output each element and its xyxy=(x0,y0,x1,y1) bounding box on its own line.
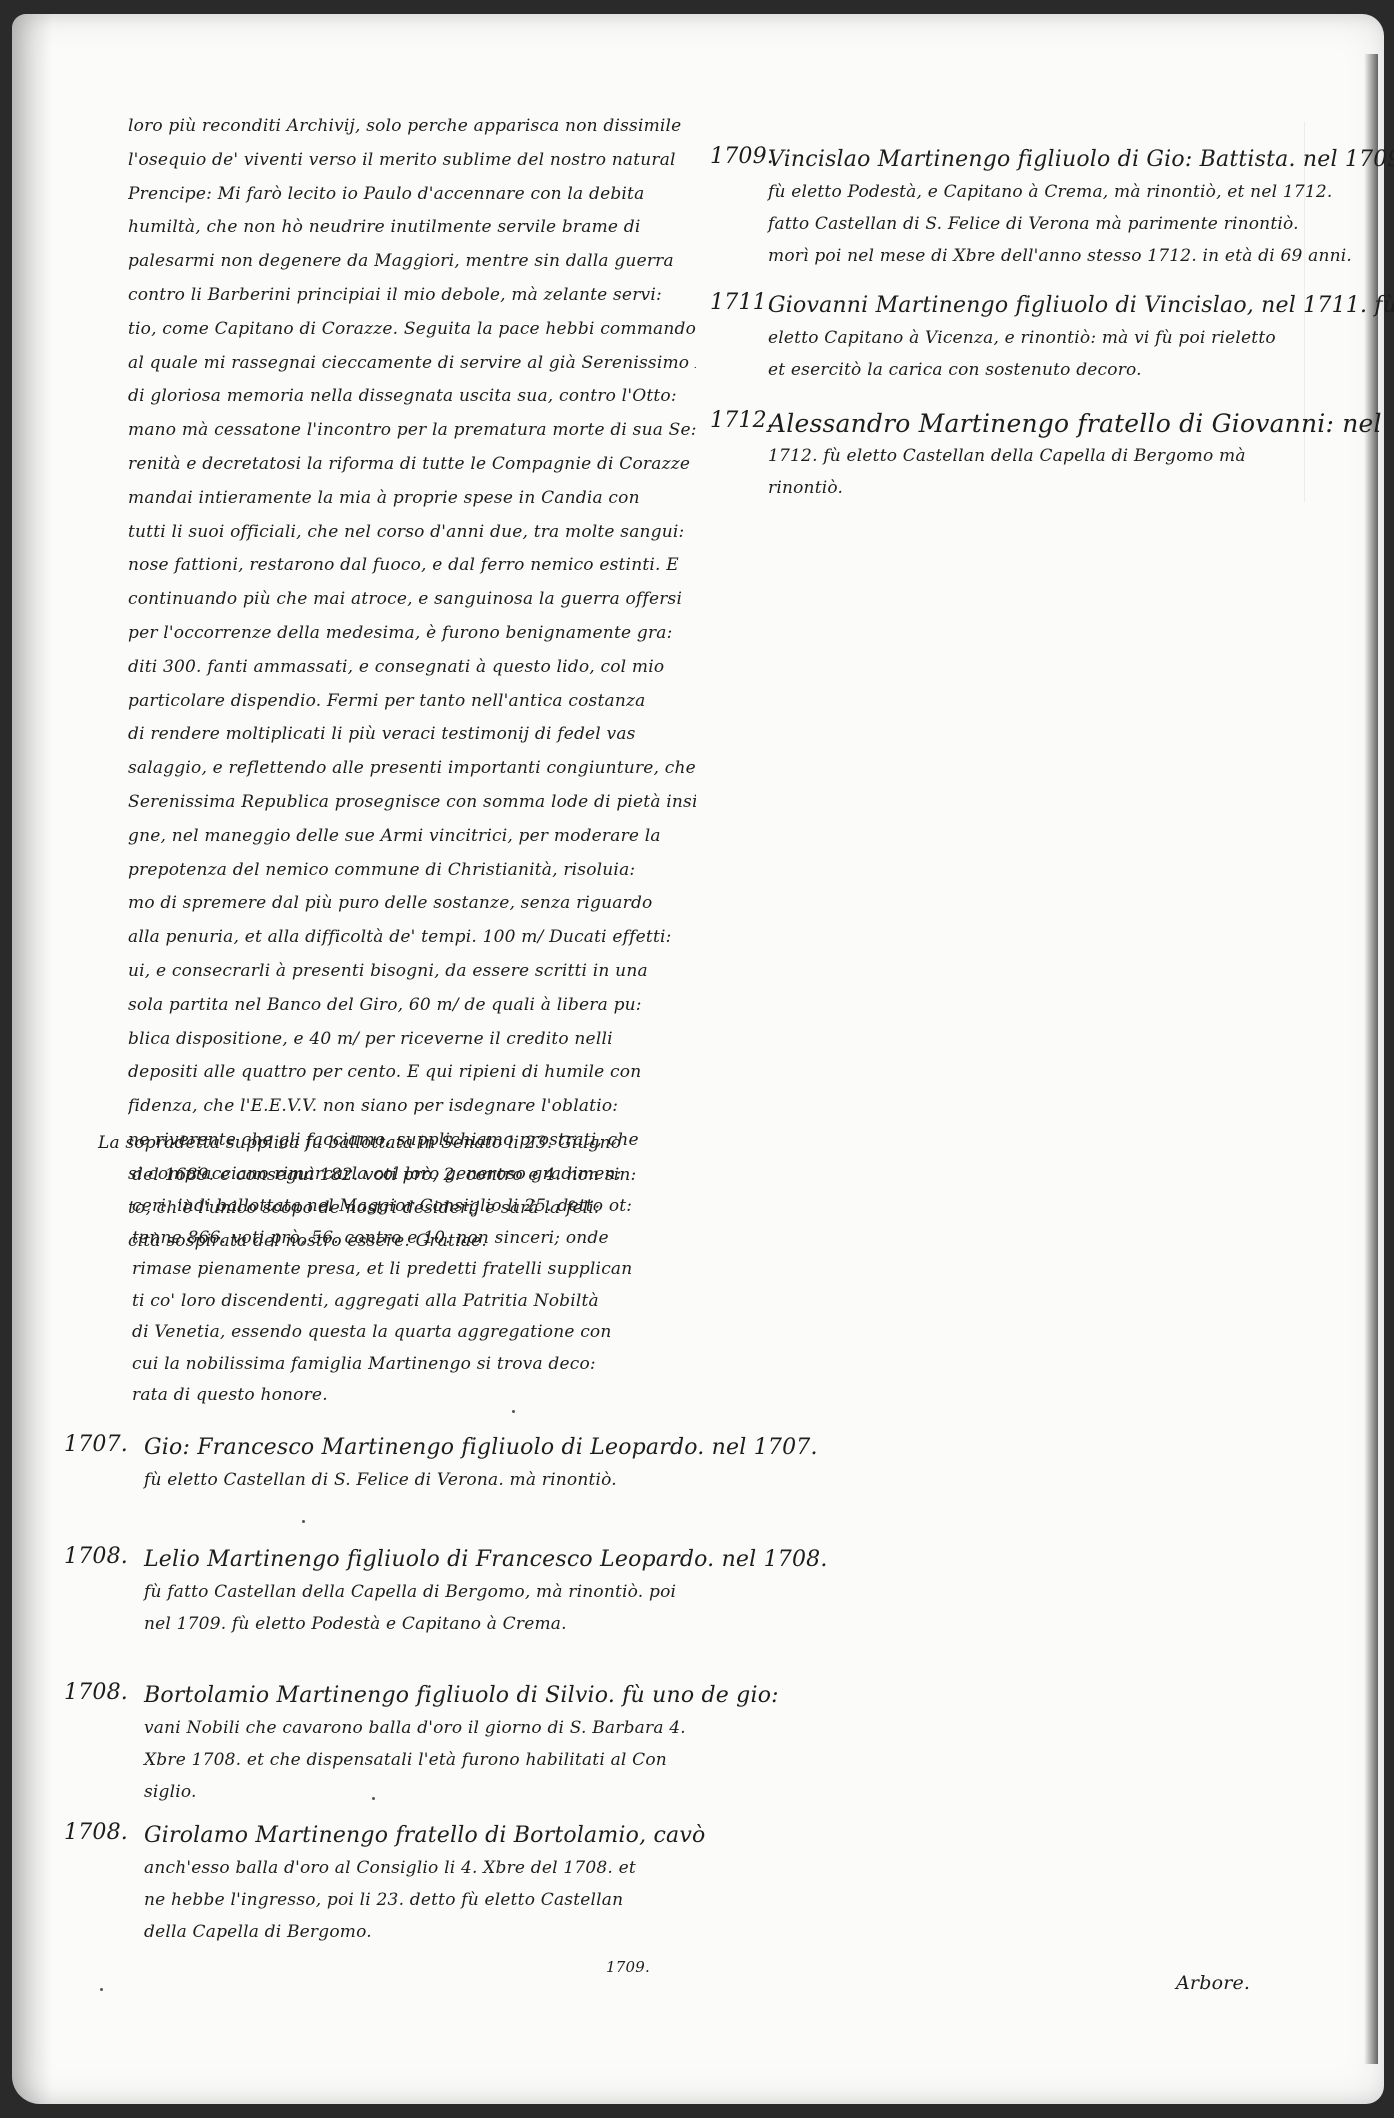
ink-speck xyxy=(372,1797,375,1800)
text-line: Giovanni Martinengo figliuolo di Vincisl… xyxy=(768,290,1394,322)
entry-year: 1711. xyxy=(710,290,774,315)
text-line: tio, come Capitano di Corazze. Seguita l… xyxy=(128,313,696,347)
entry-year: 1708. xyxy=(64,1820,128,1845)
text-line: anch'esso balla d'oro al Consiglio li 4.… xyxy=(144,1852,705,1884)
text-line: depositi alle quattro per cento. E qui r… xyxy=(128,1056,696,1090)
text-line: et esercitò la carica con sostenuto deco… xyxy=(768,354,1394,386)
text-line: l'osequio de' viventi verso il merito su… xyxy=(128,144,696,178)
text-line: ti co' loro discendenti, aggregati alla … xyxy=(132,1286,698,1318)
text-line: cui la nobilissima famiglia Martinengo s… xyxy=(132,1349,698,1381)
text-line: continuando più che mai atroce, e sangui… xyxy=(128,583,696,617)
text-line: loro più reconditi Archivij, solo perche… xyxy=(128,110,696,144)
resolution-note: La sopradetta supplica fu ballottata in … xyxy=(98,1128,698,1412)
text-line: renità e decretatosi la riforma di tutte… xyxy=(128,448,696,482)
text-line: al quale mi rassegnai cieccamente di ser… xyxy=(128,347,696,381)
text-line: per l'occorrenze della medesima, è furon… xyxy=(128,617,696,651)
text-line: Prencipe: Mi farò lecito io Paulo d'acce… xyxy=(128,178,696,212)
text-line: mo di spremere dal più puro delle sostan… xyxy=(128,887,696,921)
text-line: contro li Barberini principiai il mio de… xyxy=(128,279,696,313)
text-line: mano mà cessatone l'incontro per la prem… xyxy=(128,414,696,448)
text-line: diti 300. fanti ammassati, e consegnati … xyxy=(128,651,696,685)
text-line: della Capella di Bergomo. xyxy=(144,1916,705,1948)
text-line: humiltà, che non hò neudrire inutilmente… xyxy=(128,211,696,245)
text-line: eletto Capitano à Vicenza, e rinontiò: m… xyxy=(768,322,1394,354)
text-line: palesarmi non degenere da Maggiori, ment… xyxy=(128,245,696,279)
text-line: di rendere moltiplicati li più veraci te… xyxy=(128,718,696,752)
text-line: fù fatto Castellan della Capella di Berg… xyxy=(144,1576,828,1608)
entry-year: 1709. xyxy=(710,144,774,169)
ink-speck xyxy=(100,1988,103,1991)
text-line: ceri. indi ballottata nel Maggior Consig… xyxy=(132,1191,698,1223)
text-line: salaggio, e reflettendo alle presenti im… xyxy=(128,752,696,786)
text-line: ui, e consecrarli à presenti bisogni, da… xyxy=(128,955,696,989)
text-line: Girolamo Martinengo fratello di Bortolam… xyxy=(144,1820,705,1852)
text-line: 1712. fù eletto Castellan della Capella … xyxy=(768,440,1382,472)
catchword: Arbore. xyxy=(1176,1972,1250,1994)
text-line: tutti li suoi officiali, che nel corso d… xyxy=(128,516,696,550)
text-line: di gloriosa memoria nella dissegnata usc… xyxy=(128,380,696,414)
footer-year-mark: 1709. xyxy=(606,1958,650,1976)
text-line: Lelio Martinengo figliuolo di Francesco … xyxy=(144,1544,828,1576)
text-line: fù eletto Castellan di S. Felice di Vero… xyxy=(144,1464,818,1496)
text-line: del 1689. e conseguì 182. voti prò, 2. c… xyxy=(132,1160,698,1192)
text-line: rimase pienamente presa, et li predetti … xyxy=(132,1254,698,1286)
manuscript-page: loro più reconditi Archivij, solo perche… xyxy=(12,14,1384,2104)
text-line: rinontiò. xyxy=(768,472,1382,504)
ink-speck xyxy=(512,1410,515,1413)
text-line: siglio. xyxy=(144,1776,779,1808)
entry-year: 1712. xyxy=(710,408,774,433)
text-line: Vincislao Martinengo figliuolo di Gio: B… xyxy=(768,144,1394,176)
text-line: Alessandro Martinengo fratello di Giovan… xyxy=(768,408,1382,440)
text-line: vani Nobili che cavarono balla d'oro il … xyxy=(144,1712,779,1744)
entry-year: 1708. xyxy=(64,1680,128,1705)
text-line: prepotenza del nemico commune di Christi… xyxy=(128,854,696,888)
ink-speck xyxy=(302,1520,305,1523)
text-line: gne, nel maneggio delle sue Armi vincitr… xyxy=(128,820,696,854)
text-line: alla penuria, et alla difficoltà de' tem… xyxy=(128,921,696,955)
text-line: particolare dispendio. Fermi per tanto n… xyxy=(128,685,696,719)
text-line: morì poi nel mese di Xbre dell'anno stes… xyxy=(768,240,1394,272)
text-line: fatto Castellan di S. Felice di Verona m… xyxy=(768,208,1394,240)
entry-year: 1708. xyxy=(64,1544,128,1569)
text-line: La sopradetta supplica fu ballottata in … xyxy=(98,1128,698,1160)
text-line: fidenza, che l'E.E.V.V. non siano per is… xyxy=(128,1090,696,1124)
text-line: Gio: Francesco Martinengo figliuolo di L… xyxy=(144,1432,818,1464)
text-line: tenne 866. voti prò, 56. contro e 10. no… xyxy=(132,1223,698,1255)
text-line: di Venetia, essendo questa la quarta agg… xyxy=(132,1317,698,1349)
text-line: nel 1709. fù eletto Podestà e Capitano à… xyxy=(144,1608,828,1640)
text-line: blica dispositione, e 40 m/ per ricevern… xyxy=(128,1023,696,1057)
text-line: fù eletto Podestà, e Capitano à Crema, m… xyxy=(768,176,1394,208)
text-line: Xbre 1708. et che dispensatali l'età fur… xyxy=(144,1744,779,1776)
text-line: ne hebbe l'ingresso, poi li 23. detto fù… xyxy=(144,1884,705,1916)
text-line: rata di questo honore. xyxy=(132,1380,698,1412)
text-line: nose fattioni, restarono dal fuoco, e da… xyxy=(128,549,696,583)
text-line: sola partita nel Banco del Giro, 60 m/ d… xyxy=(128,989,696,1023)
text-line: mandai intieramente la mia à proprie spe… xyxy=(128,482,696,516)
entry-year: 1707. xyxy=(64,1432,128,1457)
petition-text: loro più reconditi Archivij, solo perche… xyxy=(128,110,696,1259)
text-line: Serenissima Republica prosegnisce con so… xyxy=(128,786,696,820)
text-line: Bortolamio Martinengo figliuolo di Silvi… xyxy=(144,1680,779,1712)
